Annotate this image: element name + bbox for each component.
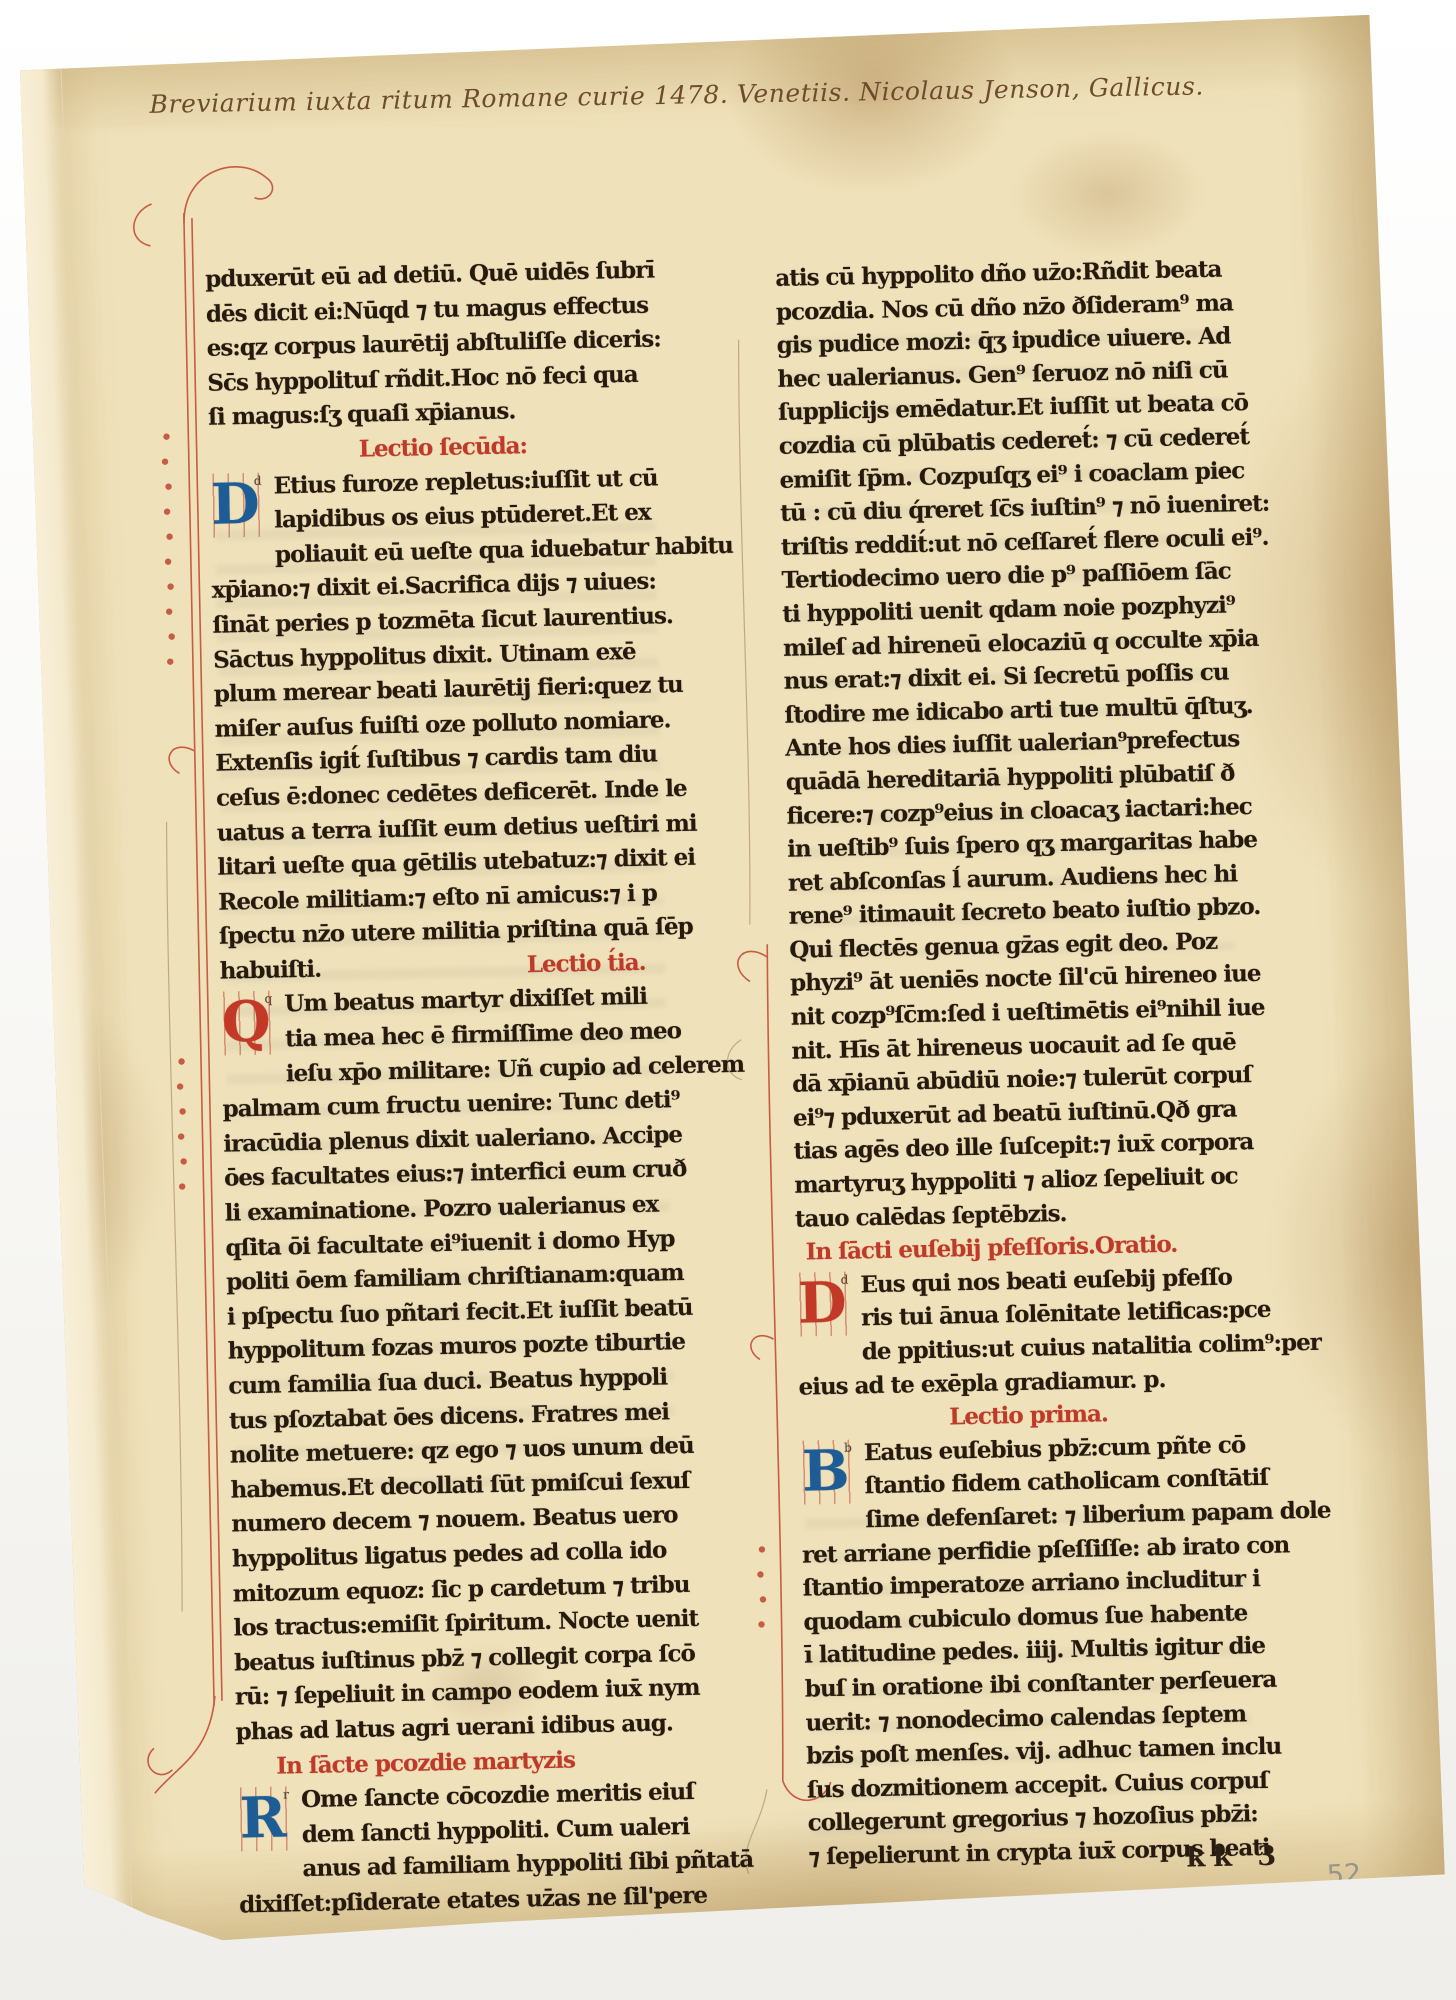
- guide-letter: d: [254, 474, 262, 486]
- photo-background: Breviarium iuxta ritum Romane curie 1478…: [0, 0, 1456, 2000]
- quire-signature: kk 3: [1186, 1841, 1284, 1874]
- text-span: habuiſti.: [219, 952, 321, 989]
- illuminated-initial: Rr: [233, 1786, 292, 1851]
- text-paragraph: atis cū hyppolito dño uz̄o:Rñdit beatapc…: [775, 252, 1247, 1235]
- handwritten-annotation: Breviarium iuxta ritum Romane curie 1478…: [149, 69, 1349, 119]
- pencil-folio-number: 52: [1326, 1858, 1362, 1891]
- guide-letter: r: [283, 1789, 289, 1801]
- text-block: Breviarium iuxta ritum Romane curie 1478…: [30, 26, 1429, 1934]
- guide-letter: b: [844, 1441, 852, 1453]
- text-paragraph: DdEtius furoze repletus:iuſſit ut cūlapi…: [209, 461, 672, 989]
- illuminated-initial: Bb: [796, 1439, 855, 1504]
- text-paragraph: BbEatus euſebius pbz̄:cum pñte cōſtantio…: [800, 1428, 1261, 1874]
- text-column-left: pduxerūt eū ad detiū. Quē uidēs ſubrīdēs…: [205, 253, 692, 1923]
- text-paragraph: QqUm beatus martyr dixiſſet militia mea …: [220, 980, 688, 1750]
- rubric-heading: Lectio t́ia.: [526, 946, 645, 983]
- text-paragraph: pduxerūt eū ad detiū. Quē uidēs ſubrīdēs…: [205, 253, 661, 435]
- incunabulum-leaf: Breviarium iuxta ritum Romane curie 1478…: [14, 15, 1445, 1946]
- illuminated-initial: Qq: [216, 991, 275, 1056]
- guide-letter: d: [840, 1273, 848, 1285]
- text-column-right: atis cū hyppolito dño uz̄o:Rñdit beatapc…: [775, 252, 1261, 1874]
- guide-letter: q: [264, 993, 272, 1005]
- illuminated-initial: Dd: [792, 1271, 851, 1336]
- illuminated-initial: Dd: [205, 472, 264, 537]
- text-paragraph: DdEus qui nos beati euſebij pfeſſoris tu…: [796, 1260, 1251, 1404]
- text-paragraph: RrOme ſancte cōcozdie meritis eiuſdem ſa…: [237, 1775, 692, 1923]
